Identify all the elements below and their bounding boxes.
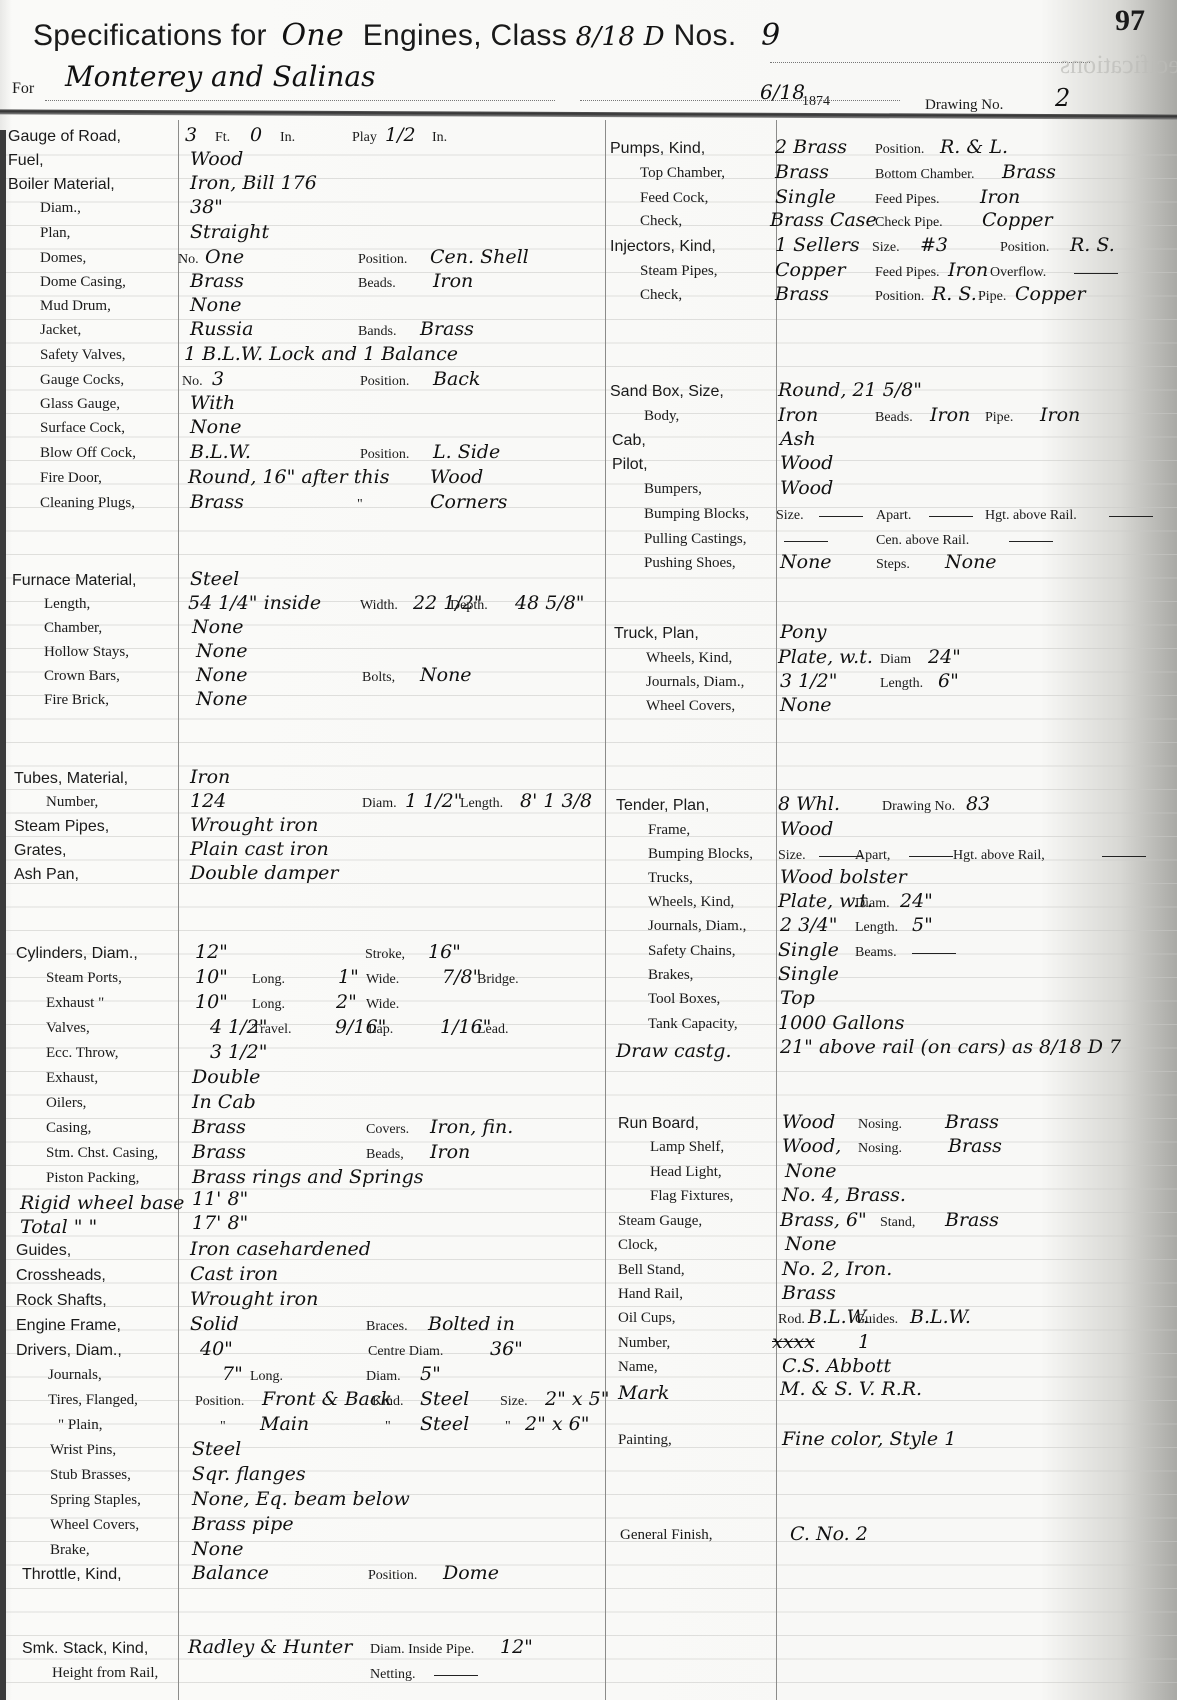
total-wheel-base-value: 17' 8" bbox=[192, 1212, 248, 1234]
pilot-bumping-blocks-field-label: Size. bbox=[776, 508, 804, 524]
engine-frame-value: Solid bbox=[190, 1313, 239, 1335]
feed-cock-label: Feed Cock, bbox=[640, 190, 708, 207]
bumpers-value: Wood bbox=[780, 477, 833, 499]
tubes-number-field-label: Length. bbox=[460, 796, 503, 812]
exhaust-ports-value: 10" bbox=[195, 991, 228, 1013]
tires-flanged-label: Tires, Flanged, bbox=[48, 1392, 138, 1409]
tender-plan-value: 8 Whl. bbox=[778, 793, 840, 815]
engine-class: 8/18 D bbox=[576, 22, 665, 52]
fuel-label: Fuel, bbox=[8, 152, 44, 170]
tires-plain-field-label: " bbox=[220, 1419, 226, 1435]
pumps-label: Pumps, Kind, bbox=[610, 140, 705, 158]
cleaning-plugs-label: Cleaning Plugs, bbox=[40, 495, 135, 512]
pushing-shoes-field-label: Steps. bbox=[876, 557, 910, 573]
furnace-material-label: Furnace Material, bbox=[12, 572, 137, 590]
lamp-shelf-value: Wood, bbox=[782, 1135, 841, 1157]
domes-value: One bbox=[205, 246, 244, 268]
exhaust-ports-field-label: Long. bbox=[252, 997, 285, 1013]
cylinders-value: 16" bbox=[428, 941, 461, 963]
truck-wheels-value: 24" bbox=[928, 646, 961, 668]
exhaust-ports-label: Exhaust " bbox=[46, 995, 104, 1012]
steam-gauge-field-label: Stand, bbox=[880, 1215, 915, 1231]
valves-label: Valves, bbox=[46, 1020, 90, 1037]
boiler-material-label: Boiler Material, bbox=[8, 176, 115, 194]
mud-drum-value: None bbox=[190, 294, 242, 316]
pushing-shoes-label: Pushing Shoes, bbox=[644, 555, 736, 572]
valves-field-label: Travel. bbox=[252, 1022, 292, 1038]
tender-trucks-value: Wood bolster bbox=[780, 866, 907, 888]
gauge-value: 1/2 bbox=[385, 124, 416, 146]
tubes-material-value: Iron bbox=[190, 766, 230, 788]
valves-field-label: Lead. bbox=[477, 1022, 508, 1038]
crown-bars-field-label: Bolts, bbox=[362, 670, 395, 686]
gauge-value: 3 bbox=[185, 124, 197, 146]
exhaust-ports-value: 2" bbox=[336, 991, 357, 1013]
ash-pan-value: Double damper bbox=[190, 862, 338, 884]
inj-steam-pipes-field-label: Overflow. bbox=[990, 265, 1046, 281]
feed-cock-value: Iron bbox=[980, 186, 1020, 208]
page-title: Specifications for One Engines, Class 8/… bbox=[33, 18, 781, 53]
drivers-value: 40" bbox=[200, 1338, 233, 1360]
truck-journals-label: Journals, Diam., bbox=[646, 674, 744, 691]
engine-frame-label: Engine Frame, bbox=[16, 1317, 121, 1335]
tank-capacity-value: 1000 Gallons bbox=[778, 1012, 904, 1034]
engine-quantity: One bbox=[281, 18, 344, 53]
tires-flanged-field-label: Size. bbox=[500, 1394, 528, 1410]
wrist-pins-value: Steel bbox=[192, 1438, 241, 1460]
guides-value: Iron casehardened bbox=[190, 1238, 371, 1260]
furnace-length-label: Length, bbox=[44, 596, 90, 613]
tender-journals-value: 2 3/4" bbox=[780, 914, 837, 936]
gauge-cocks-value: 3 bbox=[212, 368, 224, 390]
tender-trucks-label: Trucks, bbox=[648, 870, 693, 887]
gauge-cocks-field-label: Position. bbox=[360, 374, 409, 390]
diam-label: Diam., bbox=[40, 200, 81, 217]
grates-value: Plain cast iron bbox=[190, 838, 329, 860]
throttle-field-label: Position. bbox=[368, 1568, 417, 1584]
plan-value: Straight bbox=[190, 221, 269, 243]
gauge-field-label: In. bbox=[432, 130, 447, 146]
safety-chains-field-label: Beams. bbox=[855, 945, 897, 961]
crossheads-label: Crossheads, bbox=[16, 1267, 106, 1285]
casing-field-label: Covers. bbox=[366, 1122, 409, 1138]
chamber-value: None bbox=[192, 616, 244, 638]
binding-edge bbox=[0, 130, 6, 1700]
casing-label: Casing, bbox=[46, 1120, 91, 1137]
brake-label: Brake, bbox=[50, 1542, 90, 1559]
stm-chst-casing-value: Brass bbox=[192, 1141, 246, 1163]
pilot-label: Pilot, bbox=[612, 456, 648, 474]
wheel-covers-label: Wheel Covers, bbox=[50, 1517, 139, 1534]
pushing-shoes-value: None bbox=[945, 551, 997, 573]
injectors-value: 1 Sellers bbox=[775, 234, 860, 256]
cleaning-plugs-value: Corners bbox=[430, 491, 507, 513]
steam-gauge-value: Brass, 6" bbox=[780, 1209, 867, 1231]
tender-bumping-blocks-field-label: Size. bbox=[778, 848, 806, 864]
crown-bars-label: Crown Bars, bbox=[44, 668, 120, 685]
run-board-field-label: Nosing. bbox=[858, 1117, 902, 1133]
tender-plan-value: 83 bbox=[966, 793, 990, 815]
furnace-length-field-label: Width. bbox=[360, 598, 398, 614]
journals-value: 7" bbox=[222, 1363, 243, 1385]
clock-label: Clock, bbox=[618, 1237, 658, 1254]
inj-steam-pipes-value: Copper bbox=[775, 259, 846, 281]
injectors-field-label: Size. bbox=[872, 240, 900, 256]
ruled-lines bbox=[0, 132, 1177, 1700]
fire-door-value: Round, 16" after this bbox=[188, 466, 389, 488]
run-board-value: Brass bbox=[945, 1111, 999, 1133]
sand-box-value: Round, 21 5/8" bbox=[778, 379, 922, 401]
tool-boxes-label: Tool Boxes, bbox=[648, 991, 720, 1008]
surface-cock-label: Surface Cock, bbox=[40, 420, 125, 437]
truck-wheels-field-label: Diam bbox=[880, 652, 911, 668]
furnace-length-value: 54 1/4" inside bbox=[188, 592, 321, 614]
drivers-field-label: Centre Diam. bbox=[368, 1344, 443, 1360]
feed-cock-field-label: Feed Pipes. bbox=[875, 192, 940, 208]
steam-ports-field-label: Bridge. bbox=[477, 972, 519, 988]
blank-dash bbox=[909, 856, 953, 857]
cleaning-plugs-value: Brass bbox=[190, 491, 244, 513]
stm-chst-casing-label: Stm. Chst. Casing, bbox=[46, 1145, 158, 1162]
sand-body-field-label: Beads. bbox=[875, 410, 913, 426]
dome-casing-value: Brass bbox=[190, 270, 244, 292]
tender-bumping-blocks-label: Bumping Blocks, bbox=[648, 846, 753, 863]
tender-wheels-label: Wheels, Kind, bbox=[648, 894, 734, 911]
for-value: Monterey and Salinas bbox=[65, 60, 376, 93]
guides-label: Guides, bbox=[16, 1242, 71, 1260]
sand-body-value: Iron bbox=[930, 404, 970, 426]
rigid-wheel-base-value: 11' 8" bbox=[192, 1188, 248, 1210]
smk-stack-label: Smk. Stack, Kind, bbox=[22, 1640, 148, 1658]
pulling-castings-field-label: Cen. above Rail. bbox=[876, 533, 969, 549]
steam-ports-value: 10" bbox=[195, 966, 228, 988]
blank-dash bbox=[819, 516, 863, 517]
name-value: C.S. Abbott bbox=[782, 1355, 891, 1377]
truck-plan-label: Truck, Plan, bbox=[614, 625, 699, 643]
oil-cups-field-label: Rod. bbox=[778, 1312, 805, 1328]
gauge-cocks-value: Back bbox=[433, 368, 480, 390]
plan-label: Plan, bbox=[40, 225, 70, 242]
blow-off-cock-value: B.L.W. bbox=[190, 441, 251, 463]
top-chamber-value: Brass bbox=[1002, 161, 1056, 183]
domes-value: Cen. Shell bbox=[430, 246, 529, 268]
steam-ports-field-label: Long. bbox=[252, 972, 285, 988]
injectors-label: Injectors, Kind, bbox=[610, 238, 716, 256]
tires-plain-field-label: " bbox=[505, 1419, 511, 1435]
blank-dash bbox=[434, 1675, 478, 1676]
tender-frame-label: Frame, bbox=[648, 822, 690, 839]
top-chamber-label: Top Chamber, bbox=[640, 165, 725, 182]
fire-brick-label: Fire Brick, bbox=[44, 692, 109, 709]
sand-body-value: Iron bbox=[778, 404, 818, 426]
hollow-stays-label: Hollow Stays, bbox=[44, 644, 129, 661]
hollow-stays-value: None bbox=[196, 640, 248, 662]
truck-wheels-label: Wheels, Kind, bbox=[646, 650, 732, 667]
lamp-shelf-label: Lamp Shelf, bbox=[650, 1139, 724, 1156]
safety-chains-value: Single bbox=[778, 939, 839, 961]
top-chamber-value: Brass bbox=[775, 161, 829, 183]
boiler-material-value: Iron, Bill 176 bbox=[190, 172, 317, 194]
tires-flanged-field-label: Kind. bbox=[372, 1394, 404, 1410]
fire-door-value: Wood bbox=[430, 466, 483, 488]
drawing-label: Drawing No. bbox=[925, 97, 1003, 114]
drivers-label: Drivers, Diam., bbox=[16, 1342, 122, 1360]
pumps-field-label: Position. bbox=[875, 142, 924, 158]
truck-wheels-value: Plate, w.t. bbox=[778, 646, 873, 668]
jacket-value: Russia bbox=[190, 318, 253, 340]
furnace-material-value: Steel bbox=[190, 568, 239, 590]
tender-plan-label: Tender, Plan, bbox=[616, 797, 709, 815]
steam-ports-label: Steam Ports, bbox=[46, 970, 122, 987]
flag-fixtures-label: Flag Fixtures, bbox=[650, 1188, 733, 1205]
dome-casing-label: Dome Casing, bbox=[40, 274, 126, 291]
diam-value: 38" bbox=[190, 196, 223, 218]
run-board-label: Run Board, bbox=[618, 1115, 699, 1133]
nos-line bbox=[770, 62, 1090, 63]
tubes-number-label: Number, bbox=[46, 794, 98, 811]
injectors-field-label: Position. bbox=[1000, 240, 1049, 256]
tires-flanged-value: Steel bbox=[420, 1388, 469, 1410]
blank-dash bbox=[1102, 856, 1146, 857]
bell-stand-label: Bell Stand, bbox=[618, 1262, 685, 1279]
tank-capacity-label: Tank Capacity, bbox=[648, 1016, 738, 1033]
tubes-number-value: 124 bbox=[190, 790, 226, 812]
lamp-shelf-field-label: Nosing. bbox=[858, 1141, 902, 1157]
painting-label: Painting, bbox=[618, 1432, 672, 1449]
tender-bumping-blocks-field-label: Apart, bbox=[855, 848, 890, 864]
sand-box-label: Sand Box, Size, bbox=[610, 383, 724, 401]
jacket-value: Brass bbox=[420, 318, 474, 340]
tires-plain-label: " Plain, bbox=[58, 1417, 102, 1434]
rock-shafts-label: Rock Shafts, bbox=[16, 1292, 107, 1310]
grates-label: Grates, bbox=[14, 842, 66, 860]
smk-stack-value: 12" bbox=[500, 1636, 533, 1658]
name-label: Name, bbox=[618, 1359, 658, 1376]
spring-staples-value: None, Eq. beam below bbox=[192, 1488, 410, 1510]
dome-casing-field-label: Beads. bbox=[358, 276, 396, 292]
exhaust-ports-field-label: Wide. bbox=[366, 997, 399, 1013]
piston-packing-label: Piston Packing, bbox=[46, 1170, 139, 1187]
blow-off-cock-value: L. Side bbox=[433, 441, 500, 463]
drivers-value: 36" bbox=[490, 1338, 523, 1360]
painting-value: Fine color, Style 1 bbox=[782, 1428, 956, 1450]
general-finish-label: General Finish, bbox=[620, 1527, 712, 1544]
engine-frame-field-label: Braces. bbox=[366, 1319, 408, 1335]
truck-journals-value: 3 1/2" bbox=[780, 670, 837, 692]
mark-label: Mark bbox=[618, 1382, 669, 1404]
pump-check-value: Brass Case bbox=[770, 209, 877, 231]
throttle-value: Balance bbox=[192, 1562, 269, 1584]
blow-off-cock-field-label: Position. bbox=[360, 447, 409, 463]
bell-stand-value: No. 2, Iron. bbox=[782, 1258, 892, 1280]
ecc-throw-label: Ecc. Throw, bbox=[46, 1045, 118, 1062]
sand-body-value: Iron bbox=[1040, 404, 1080, 426]
steam-ports-value: 1" bbox=[338, 966, 359, 988]
pilot-value: Wood bbox=[780, 452, 833, 474]
tool-boxes-value: Top bbox=[780, 987, 815, 1009]
pumps-value: 2 Brass bbox=[775, 136, 847, 158]
blank-dash bbox=[929, 516, 973, 517]
crown-bars-value: None bbox=[420, 664, 472, 686]
glass-gauge-label: Glass Gauge, bbox=[40, 396, 120, 413]
furnace-length-field-label: Depth. bbox=[450, 598, 488, 614]
tender-wheels-field-label: Diam. bbox=[855, 896, 890, 912]
tender-bumping-blocks-field-label: Hgt. above Rail, bbox=[953, 848, 1045, 864]
rock-shafts-value: Wrought iron bbox=[190, 1288, 318, 1310]
rigid-wheel-base-label: Rigid wheel base bbox=[20, 1192, 184, 1214]
cylinders-value: 12" bbox=[195, 941, 228, 963]
blank-dash bbox=[912, 953, 956, 954]
engine-frame-value: Bolted in bbox=[428, 1313, 515, 1335]
sand-body-label: Body, bbox=[644, 408, 679, 425]
gauge-value: 0 bbox=[250, 124, 262, 146]
mark-value: M. & S. V. R.R. bbox=[780, 1378, 922, 1400]
tires-plain-value: 2" x 6" bbox=[525, 1413, 589, 1435]
total-wheel-base-label: Total " " bbox=[20, 1216, 97, 1238]
journals-field-label: Long. bbox=[250, 1369, 283, 1385]
throttle-label: Throttle, Kind, bbox=[22, 1566, 122, 1584]
tender-journals-label: Journals, Diam., bbox=[648, 918, 746, 935]
cleaning-plugs-field-label: " bbox=[357, 497, 363, 513]
exhaust-label: Exhaust, bbox=[46, 1070, 98, 1087]
wrist-pins-label: Wrist Pins, bbox=[50, 1442, 116, 1459]
oil-cups-value: B.L.W. bbox=[910, 1306, 971, 1328]
truck-journals-field-label: Length. bbox=[880, 676, 923, 692]
steam-ports-field-label: Wide. bbox=[366, 972, 399, 988]
blank-dash bbox=[784, 541, 828, 542]
journals-value: 5" bbox=[420, 1363, 441, 1385]
draw-castg-label: Draw castg. bbox=[616, 1040, 732, 1062]
cylinders-label: Cylinders, Diam., bbox=[16, 945, 138, 963]
tires-flanged-field-label: Position. bbox=[195, 1394, 244, 1410]
tender-journals-field-label: Length. bbox=[855, 920, 898, 936]
fire-brick-value: None bbox=[196, 688, 248, 710]
piston-packing-value: Brass rings and Springs bbox=[192, 1166, 424, 1188]
tender-journals-value: 5" bbox=[912, 914, 933, 936]
fire-door-label: Fire Door, bbox=[40, 470, 102, 487]
truck-wheel-covers-value: None bbox=[780, 694, 832, 716]
stack-height-label: Height from Rail, bbox=[52, 1665, 158, 1682]
stm-chst-casing-value: Iron bbox=[430, 1141, 470, 1163]
gauge-field-label: Ft. bbox=[215, 130, 230, 146]
pump-check-field-label: Check Pipe. bbox=[875, 215, 943, 231]
surface-cock-value: None bbox=[190, 416, 242, 438]
gauge-cocks-field-label: No. bbox=[182, 374, 203, 390]
pump-check-label: Check, bbox=[640, 213, 682, 230]
flag-fixtures-value: No. 4, Brass. bbox=[782, 1184, 906, 1206]
hand-rail-value: Brass bbox=[782, 1282, 836, 1304]
cylinders-field-label: Stroke, bbox=[365, 947, 405, 963]
inj-check-value: R. S. bbox=[932, 283, 977, 305]
bumpers-label: Bumpers, bbox=[644, 481, 702, 498]
wheel-covers-value: Brass pipe bbox=[192, 1513, 294, 1535]
hand-rail-label: Hand Rail, bbox=[618, 1286, 683, 1303]
sand-body-field-label: Pipe. bbox=[985, 410, 1013, 426]
tender-frame-value: Wood bbox=[780, 818, 833, 840]
tires-flanged-value: 2" x 5" bbox=[545, 1388, 609, 1410]
smk-stack-field-label: Diam. Inside Pipe. bbox=[370, 1642, 474, 1658]
brakes-label: Brakes, bbox=[648, 967, 693, 984]
run-board-value: Wood bbox=[782, 1111, 835, 1133]
ash-pan-label: Ash Pan, bbox=[14, 866, 79, 884]
injectors-value: R. S. bbox=[1070, 234, 1115, 256]
brakes-value: Single bbox=[778, 963, 839, 985]
head-light-label: Head Light, bbox=[650, 1164, 722, 1181]
safety-chains-label: Safety Chains, bbox=[648, 943, 736, 960]
steam-ports-value: 7/8" bbox=[442, 966, 481, 988]
casing-value: Brass bbox=[192, 1116, 246, 1138]
date: 6/18 bbox=[760, 80, 805, 104]
domes-field-label: Position. bbox=[358, 252, 407, 268]
pilot-bumping-blocks-field-label: Hgt. above Rail. bbox=[985, 508, 1077, 524]
valves-field-label: Lap. bbox=[368, 1022, 393, 1038]
safety-valves-value: 1 B.L.W. Lock and 1 Balance bbox=[184, 343, 458, 365]
gauge-field-label: Play bbox=[352, 130, 377, 146]
injectors-value: #3 bbox=[920, 234, 948, 256]
domes-field-label: No. bbox=[178, 252, 199, 268]
engine-nos: 9 bbox=[761, 18, 780, 53]
steam-pipes-value: Wrought iron bbox=[190, 814, 318, 836]
steam-gauge-value: Brass bbox=[945, 1209, 999, 1231]
tubes-number-value: 1 1/2" bbox=[405, 790, 462, 812]
furnace-length-value: 48 5/8" bbox=[515, 592, 585, 614]
struck-text: xxxx bbox=[772, 1331, 815, 1353]
number-value: 1 bbox=[858, 1331, 870, 1353]
page-number: 97 bbox=[1115, 4, 1145, 38]
tires-plain-value: Steel bbox=[420, 1413, 469, 1435]
blow-off-cock-label: Blow Off Cock, bbox=[40, 445, 136, 462]
pump-check-value: Copper bbox=[982, 209, 1053, 231]
inj-steam-pipes-value: Iron bbox=[948, 259, 988, 281]
pulling-castings-label: Pulling Castings, bbox=[644, 531, 747, 548]
clock-value: None bbox=[785, 1233, 837, 1255]
chamber-label: Chamber, bbox=[44, 620, 102, 637]
pushing-shoes-value: None bbox=[780, 551, 832, 573]
steam-pipes-label: Steam Pipes, bbox=[14, 818, 109, 836]
oilers-label: Oilers, bbox=[46, 1095, 86, 1112]
draw-castg-value: 21" above rail (on cars) as 8/18 D 7 bbox=[780, 1036, 1121, 1058]
blank-dash bbox=[1109, 516, 1153, 517]
crossheads-value: Cast iron bbox=[190, 1263, 278, 1285]
brake-value: None bbox=[192, 1538, 244, 1560]
glass-gauge-value: With bbox=[190, 392, 235, 414]
jacket-field-label: Bands. bbox=[358, 324, 397, 340]
ledger-page: Specifications for One Engines, Class 8/… bbox=[0, 0, 1177, 1700]
domes-label: Domes, bbox=[40, 250, 86, 267]
stub-brasses-value: Sqr. flanges bbox=[192, 1463, 306, 1485]
pilot-bumping-blocks-label: Bumping Blocks, bbox=[644, 506, 749, 523]
journals-label: Journals, bbox=[48, 1367, 102, 1384]
top-chamber-field-label: Bottom Chamber. bbox=[875, 167, 975, 183]
pumps-value: R. & L. bbox=[940, 136, 1008, 158]
oil-cups-label: Oil Cups, bbox=[618, 1310, 676, 1327]
dome-casing-value: Iron bbox=[433, 270, 473, 292]
blank-dash bbox=[1074, 273, 1118, 274]
stack-height-field-label: Netting. bbox=[370, 1667, 416, 1683]
stm-chst-casing-field-label: Beads, bbox=[366, 1147, 404, 1163]
drawing-no: 2 bbox=[1055, 84, 1070, 112]
cab-value: Ash bbox=[780, 428, 816, 450]
inj-steam-pipes-label: Steam Pipes, bbox=[640, 263, 718, 280]
oilers-value: In Cab bbox=[192, 1091, 256, 1113]
tubes-number-value: 8' 1 3/8 bbox=[520, 790, 592, 812]
fuel-value: Wood bbox=[190, 148, 243, 170]
spring-staples-label: Spring Staples, bbox=[50, 1492, 141, 1509]
tubes-number-field-label: Diam. bbox=[362, 796, 397, 812]
oil-cups-field-label: Guides. bbox=[855, 1312, 898, 1328]
for-label: For bbox=[12, 80, 34, 98]
general-finish-value: C. No. 2 bbox=[790, 1523, 868, 1545]
